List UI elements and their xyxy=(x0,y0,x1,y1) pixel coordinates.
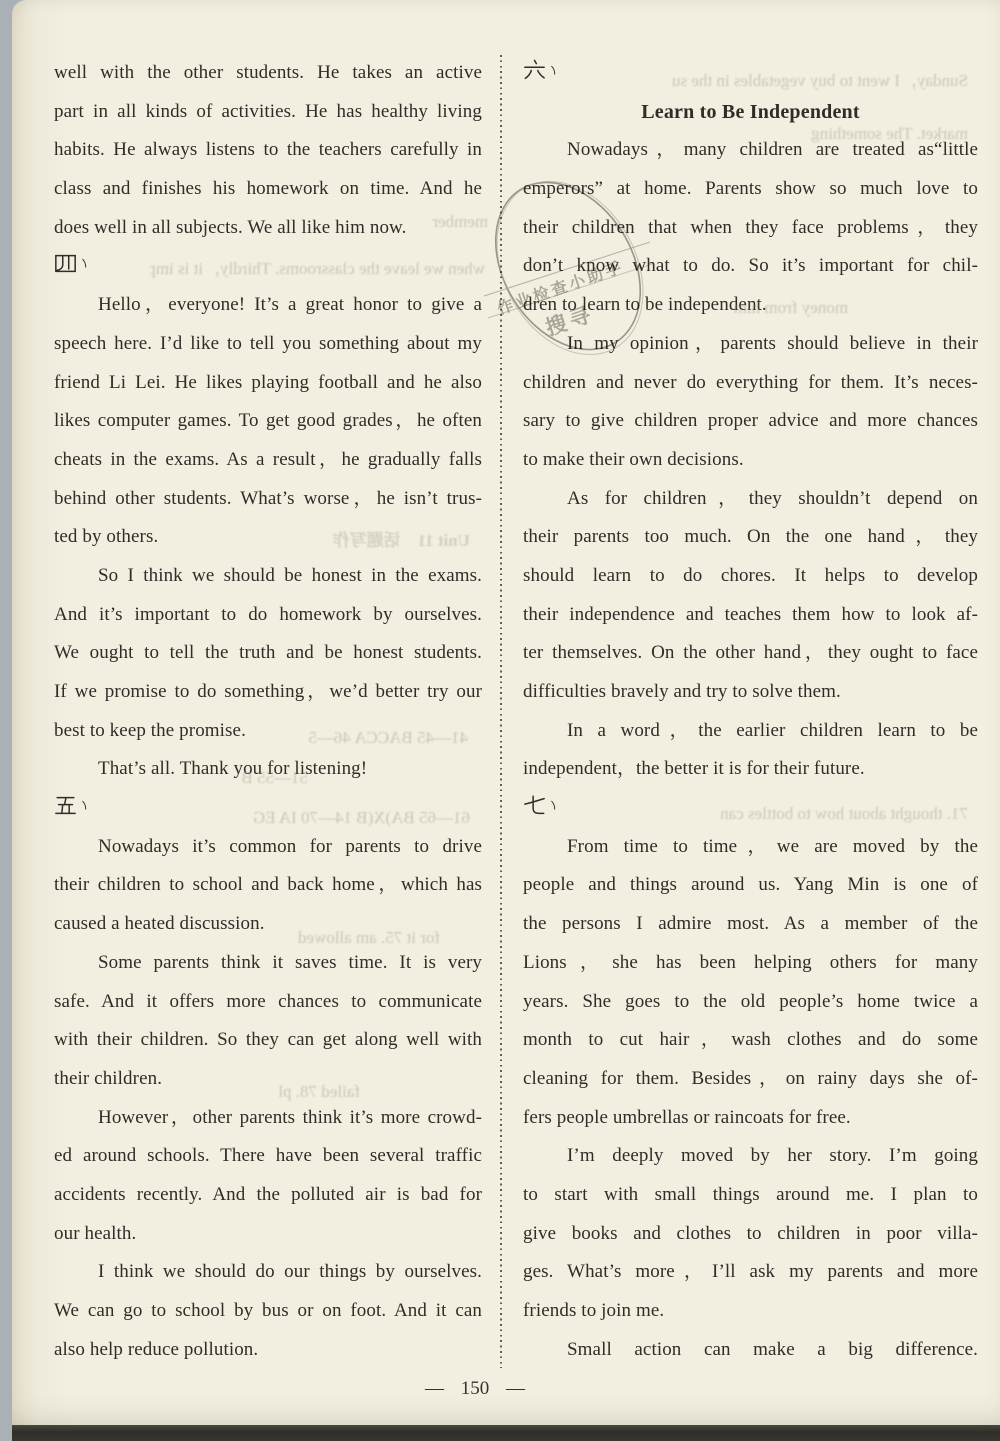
text-line: accidents recently. And the polluted air… xyxy=(54,1176,482,1215)
text-line: I think we should do our things by ourse… xyxy=(54,1253,482,1292)
page-footer: — 150 — xyxy=(24,1378,926,1400)
text-line: their children to school and back home，w… xyxy=(54,866,482,905)
section-marker xyxy=(54,247,482,286)
text-line: cheats in the exams. As a result，he grad… xyxy=(54,441,482,480)
text-line: emperors” at home. Parents show so much … xyxy=(523,170,978,209)
cjk-glyph-七 xyxy=(523,794,546,817)
text-line: We can go to school by bus or on foot. A… xyxy=(54,1292,482,1331)
text-line: children and never do everything for the… xyxy=(523,364,978,403)
section-marker xyxy=(54,789,482,828)
text-line: difficulties bravely and try to solve th… xyxy=(523,673,978,712)
text-line: sary to give children proper advice and … xyxy=(523,402,978,441)
text-line: caused a heated discussion. xyxy=(54,905,482,944)
text-line: month to cut hair，wash clothes and do so… xyxy=(523,1021,978,1060)
text-line: safe. And it offers more chances to comm… xyxy=(54,983,482,1022)
cjk-glyph-、 xyxy=(77,794,92,817)
text-line: That’s all. Thank you for listening! xyxy=(54,750,482,789)
text-line: best to keep the promise. xyxy=(54,712,482,751)
text-line: independent，the better it is for their f… xyxy=(523,750,978,789)
text-line: ted by others. xyxy=(54,518,482,557)
left-column: well with the other students. He takes a… xyxy=(54,54,482,1369)
text-line: ed around schools. There have been sever… xyxy=(54,1137,482,1176)
text-line: the persons I admire most. As a member o… xyxy=(523,905,978,944)
text-line: habits. He always listens to the teacher… xyxy=(54,131,482,170)
text-line: Hello，everyone! It’s a great honor to gi… xyxy=(54,286,482,325)
text-line: Lions，she has been helping others for ma… xyxy=(523,944,978,983)
section-marker xyxy=(523,54,978,93)
text-line: their children. xyxy=(54,1060,482,1099)
essay-title: Learn to Be Independent xyxy=(523,93,978,132)
text-line: our health. xyxy=(54,1215,482,1254)
text-line: should learn to do chores. It helps to d… xyxy=(523,557,978,596)
text-line: In a word，the earlier children learn to … xyxy=(523,712,978,751)
column-divider xyxy=(500,55,502,1368)
text-line: part in all kinds of activities. He has … xyxy=(54,93,482,132)
text-line: does well in all subjects. We all like h… xyxy=(54,209,482,248)
text-line: friends to join me. xyxy=(523,1292,978,1331)
text-line: Small action can make a big difference. xyxy=(523,1331,978,1370)
text-line: their independence and teaches them how … xyxy=(523,596,978,635)
book-page: well with the other students. He takes a… xyxy=(12,0,1000,1425)
cjk-glyph-、 xyxy=(546,794,561,817)
text-line: likes computer games. To get good grades… xyxy=(54,402,482,441)
text-line: years. She goes to the old people’s home… xyxy=(523,983,978,1022)
text-line: fers people umbrellas or raincoats for f… xyxy=(523,1099,978,1138)
text-line: From time to time，we are moved by the xyxy=(523,828,978,867)
text-line: to start with small things around me. I … xyxy=(523,1176,978,1215)
text-line: their parents too much. On the one hand，… xyxy=(523,518,978,557)
text-line: people and things around us. Yang Min is… xyxy=(523,866,978,905)
cjk-glyph-六 xyxy=(523,59,546,82)
right-column: Learn to Be IndependentNowadays，many chi… xyxy=(523,54,978,1369)
scan-edge-bar xyxy=(12,1425,1000,1441)
text-line: Some parents think it saves time. It is … xyxy=(54,944,482,983)
text-line: If we promise to do something，we’d bette… xyxy=(54,673,482,712)
text-line: Nowadays it’s common for parents to driv… xyxy=(54,828,482,867)
text-line: speech here. I’d like to tell you someth… xyxy=(54,325,482,364)
text-line: give books and clothes to children in po… xyxy=(523,1215,978,1254)
text-line: So I think we should be honest in the ex… xyxy=(54,557,482,596)
cjk-glyph-、 xyxy=(77,252,92,275)
text-line: ges. What’s more，I’ll ask my parents and… xyxy=(523,1253,978,1292)
text-line: to make their own decisions. xyxy=(523,441,978,480)
text-line: well with the other students. He takes a… xyxy=(54,54,482,93)
text-line: don’t know what to do. So it’s important… xyxy=(523,247,978,286)
text-line: with their children. So they can get alo… xyxy=(54,1021,482,1060)
text-line: cleaning for them. Besides，on rainy days… xyxy=(523,1060,978,1099)
page-number: — 150 — xyxy=(425,1378,525,1399)
cjk-glyph-、 xyxy=(546,59,561,82)
text-line: I’m deeply moved by her story. I’m going xyxy=(523,1137,978,1176)
cjk-glyph-五 xyxy=(54,794,77,817)
text-line: Nowadays，many children are treated as“li… xyxy=(523,131,978,170)
text-line: class and finishes his homework on time.… xyxy=(54,170,482,209)
section-marker xyxy=(523,789,978,828)
text-line: As for children，they shouldn’t depend on xyxy=(523,480,978,519)
text-line: And it’s important to do homework by our… xyxy=(54,596,482,635)
text-line: We ought to tell the truth and be honest… xyxy=(54,634,482,673)
text-line: dren to learn to be independent. xyxy=(523,286,978,325)
text-line: their children that when they face probl… xyxy=(523,209,978,248)
text-line: However，other parents think it’s more cr… xyxy=(54,1099,482,1138)
text-line: also help reduce pollution. xyxy=(54,1331,482,1370)
text-line: ter themselves. On the other hand，they o… xyxy=(523,634,978,673)
text-line: friend Li Lei. He likes playing football… xyxy=(54,364,482,403)
text-line: In my opinion，parents should believe in … xyxy=(523,325,978,364)
cjk-glyph-四 xyxy=(54,252,77,275)
text-line: behind other students. What’s worse，he i… xyxy=(54,480,482,519)
